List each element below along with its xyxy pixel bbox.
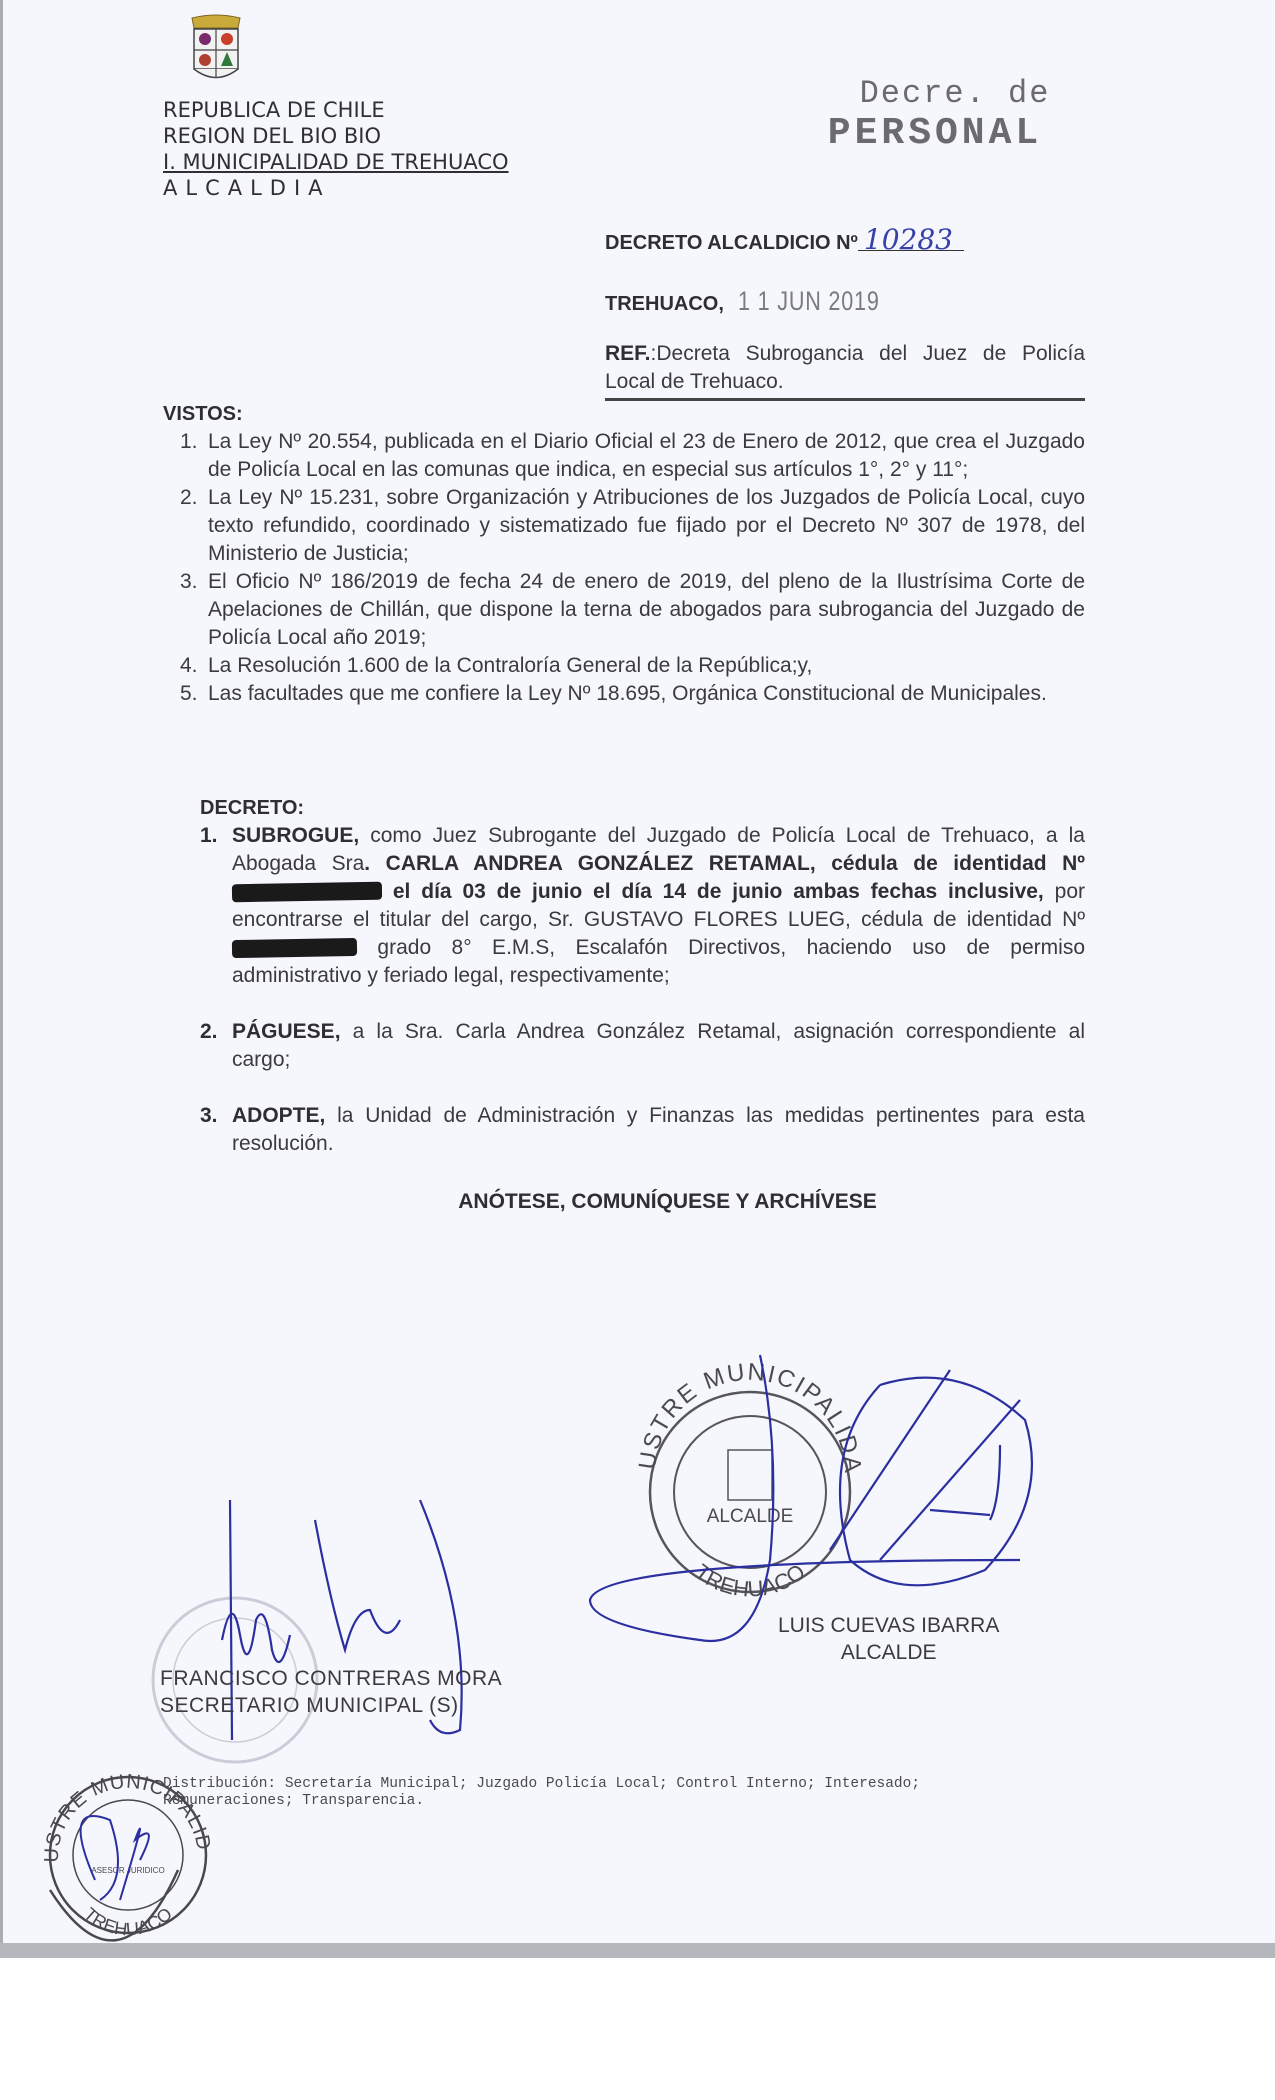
redacted-id-number <box>232 938 357 958</box>
secretary-signature-block: FRANCISCO CONTRERAS MORA SECRETARIO MUNI… <box>160 1665 502 1719</box>
vistos-list: 1.La Ley Nº 20.554, publicada en el Diar… <box>163 428 1085 708</box>
distribution-line: Distribución: Secretaría Municipal; Juzg… <box>163 1776 1083 1793</box>
distribution-line: Remuneraciones; Transparencia. <box>163 1793 1083 1810</box>
distribution-list: Distribución: Secretaría Municipal; Juzg… <box>163 1776 1083 1810</box>
municipal-crest-icon <box>186 14 246 84</box>
secretary-title: SECRETARIO MUNICIPAL (S) <box>160 1692 502 1719</box>
secretary-name: FRANCISCO CONTRERAS MORA <box>160 1665 502 1692</box>
vistos-item: 4.La Resolución 1.600 de la Contraloría … <box>208 652 1085 680</box>
decreto-list: 1.SUBROGUE, como Juez Subrogante del Juz… <box>200 822 1085 1158</box>
decree-number-handwritten: 10283 <box>858 230 964 251</box>
department-name: ALCALDIA <box>163 175 509 201</box>
decreto-item: 3.ADOPTE, la Unidad de Administración y … <box>232 1102 1085 1158</box>
decreto-section: DECRETO: 1.SUBROGUE, como Juez Subrogant… <box>200 797 1085 1158</box>
vistos-item: 5.Las facultades que me confiere la Ley … <box>208 680 1085 708</box>
vistos-title: VISTOS: <box>163 403 1085 426</box>
vistos-item: 1.La Ley Nº 20.554, publicada en el Diar… <box>208 428 1085 484</box>
issuer-header: REPUBLICA DE CHILE REGION DEL BIO BIO I.… <box>163 97 509 201</box>
mayor-title: ALCALDE <box>778 1639 999 1666</box>
municipality-name: I. MUNICIPALIDAD DE TREHUACO <box>163 149 509 175</box>
place-and-date: TREHUACO,1 1 JUN 2019 <box>605 286 915 317</box>
header-line: REPUBLICA DE CHILE <box>163 97 509 123</box>
stamp-line-2: PERSONAL <box>790 112 1080 155</box>
place: TREHUACO, <box>605 293 724 315</box>
ref-text: :Decreta Subrogancia del Juez de Policía… <box>605 342 1085 393</box>
reference: REF.:Decreta Subrogancia del Juez de Pol… <box>605 340 1085 401</box>
decree-number: DECRETO ALCALDICIO Nº10283 <box>605 230 964 255</box>
mayor-signature-block: LUIS CUEVAS IBARRA ALCALDE <box>778 1612 999 1666</box>
vistos-section: VISTOS: 1.La Ley Nº 20.554, publicada en… <box>163 403 1085 708</box>
decreto-title: DECRETO: <box>200 797 1085 820</box>
decreto-item: 1.SUBROGUE, como Juez Subrogante del Juz… <box>232 822 1085 990</box>
decree-number-label: DECRETO ALCALDICIO Nº <box>605 232 858 254</box>
decreto-item: 2.PÁGUESE, a la Sra. Carla Andrea Gonzál… <box>232 1018 1085 1074</box>
ref-label: REF. <box>605 342 651 365</box>
mayor-name: LUIS CUEVAS IBARRA <box>778 1612 999 1639</box>
vistos-item: 3.El Oficio Nº 186/2019 de fecha 24 de e… <box>208 568 1085 652</box>
closing-formula: ANÓTESE, COMUNÍQUESE Y ARCHÍVESE <box>0 1190 1275 1214</box>
header-line: REGION DEL BIO BIO <box>163 123 509 149</box>
date-stamp: 1 1 JUN 2019 <box>738 286 880 317</box>
personal-decree-stamp: Decre. de PERSONAL <box>790 75 1080 155</box>
scan-edge <box>0 1943 1275 1958</box>
vistos-item: 2.La Ley Nº 15.231, sobre Organización y… <box>208 484 1085 568</box>
redacted-id-number <box>232 882 382 903</box>
stamp-line-1: Decre. de <box>790 75 1080 112</box>
